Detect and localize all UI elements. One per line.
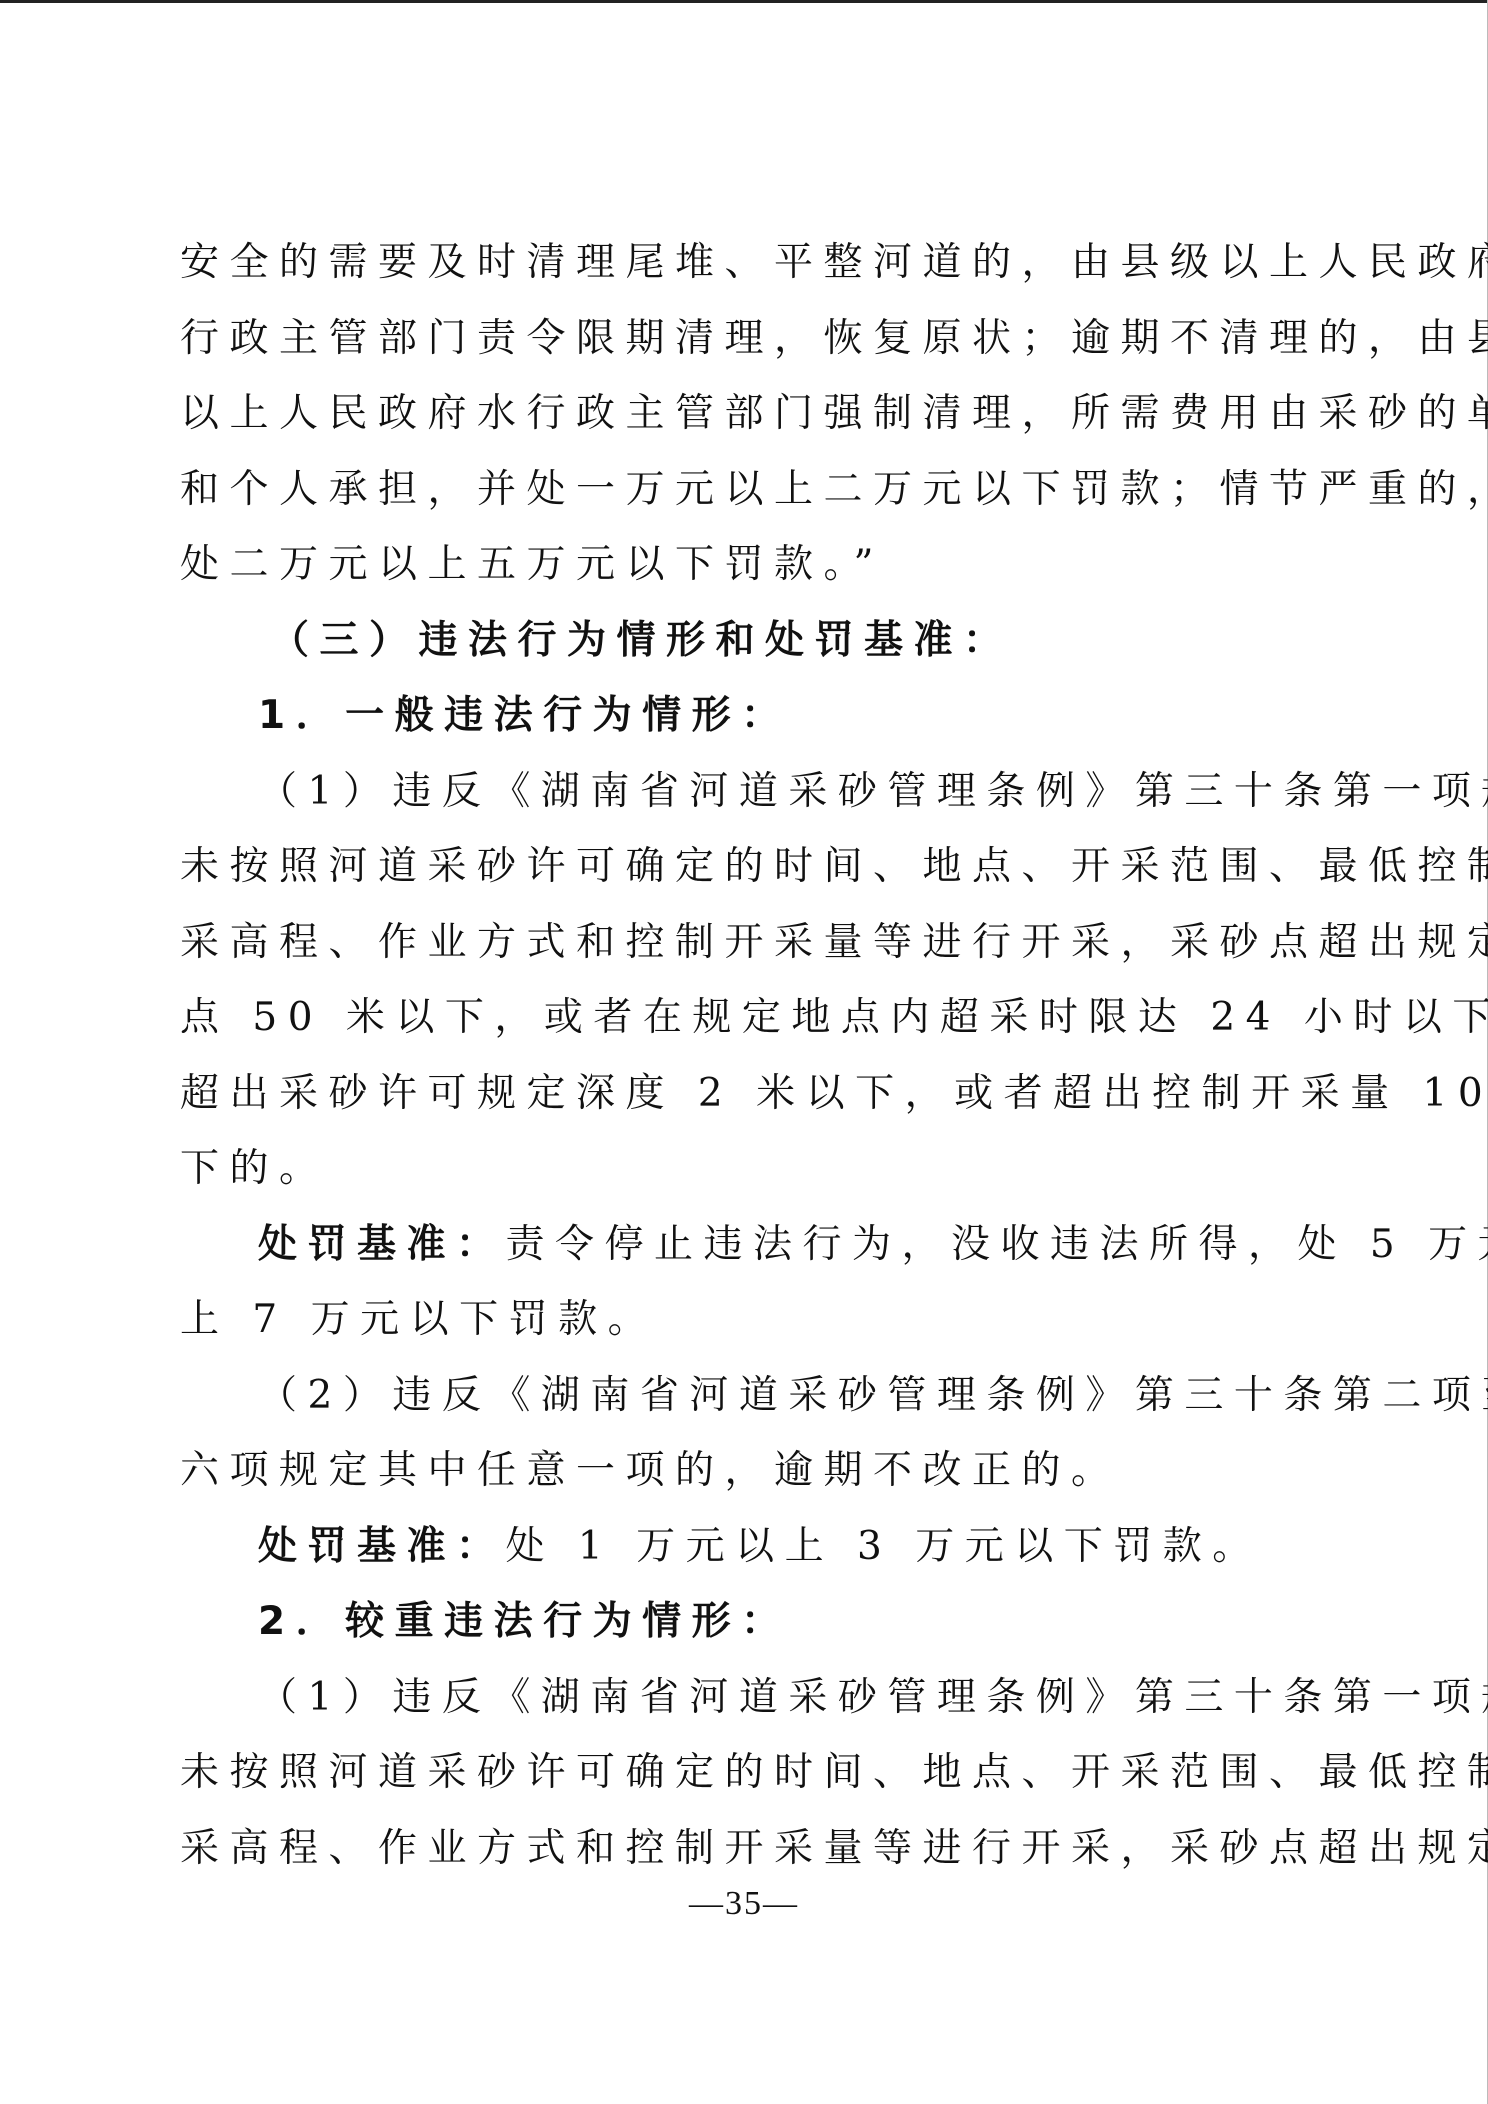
subheading-serious-violations: 2．较重违法行为情形： bbox=[180, 1584, 1310, 1660]
page-number: —35— bbox=[0, 1885, 1488, 1923]
item-1-1-line: 未按照河道采砂许可确定的时间、地点、开采范围、最低控制开 bbox=[180, 829, 1310, 905]
penalty-text: 处 1 万元以上 3 万元以下罚款。 bbox=[506, 1524, 1262, 1569]
item-1-1-line: 点 50 米以下，或者在规定地点内超采时限达 24 小时以下，或者 bbox=[180, 980, 1310, 1056]
item-1-1-line: 采高程、作业方式和控制开采量等进行开采，采砂点超出规定地 bbox=[180, 905, 1310, 981]
penalty-text-continued: 上 7 万元以下罚款。 bbox=[180, 1282, 1310, 1358]
item-2-1-line: （1）违反《湖南省河道采砂管理条例》第三十条第一项规定， bbox=[180, 1660, 1310, 1736]
text-line: 处二万元以上五万元以下罚款。” bbox=[180, 527, 1310, 603]
penalty-text: 责令停止违法行为，没收违法所得，处 5 万元以 bbox=[506, 1222, 1488, 1267]
penalty-label: 处罚基准： bbox=[258, 1524, 506, 1569]
penalty-label: 处罚基准： bbox=[258, 1222, 506, 1267]
section-heading: （三）违法行为情形和处罚基准： bbox=[180, 603, 1310, 679]
page-top-border bbox=[0, 0, 1488, 3]
item-1-2-line: 六项规定其中任意一项的，逾期不改正的。 bbox=[180, 1433, 1310, 1509]
text-line: 安全的需要及时清理尾堆、平整河道的，由县级以上人民政府水 bbox=[180, 225, 1310, 301]
item-1-2-line: （2）违反《湖南省河道采砂管理条例》第三十条第二项至第 bbox=[180, 1358, 1310, 1434]
item-1-1-line: 超出采砂许可规定深度 2 米以下，或者超出控制开采量 100 吨以 bbox=[180, 1056, 1310, 1132]
item-1-1-line: （1）违反《湖南省河道采砂管理条例》第三十条第一项规定， bbox=[180, 754, 1310, 830]
item-2-1-line: 未按照河道采砂许可确定的时间、地点、开采范围、最低控制开 bbox=[180, 1735, 1310, 1811]
item-1-1-line: 下的。 bbox=[180, 1131, 1310, 1207]
text-line: 以上人民政府水行政主管部门强制清理，所需费用由采砂的单位 bbox=[180, 376, 1310, 452]
subheading-general-violations: 1．一般违法行为情形： bbox=[180, 678, 1310, 754]
item-2-1-line: 采高程、作业方式和控制开采量等进行开采，采砂点超出规定地 bbox=[180, 1811, 1310, 1887]
penalty-standard-1-1: 处罚基准：责令停止违法行为，没收违法所得，处 5 万元以 bbox=[180, 1207, 1310, 1283]
text-line: 和个人承担，并处一万元以上二万元以下罚款；情节严重的，并 bbox=[180, 452, 1310, 528]
text-line: 行政主管部门责令限期清理，恢复原状；逾期不清理的，由县级 bbox=[180, 301, 1310, 377]
penalty-standard-1-2: 处罚基准：处 1 万元以上 3 万元以下罚款。 bbox=[180, 1509, 1310, 1585]
document-page: 安全的需要及时清理尾堆、平整河道的，由县级以上人民政府水 行政主管部门责令限期清… bbox=[180, 225, 1310, 1886]
